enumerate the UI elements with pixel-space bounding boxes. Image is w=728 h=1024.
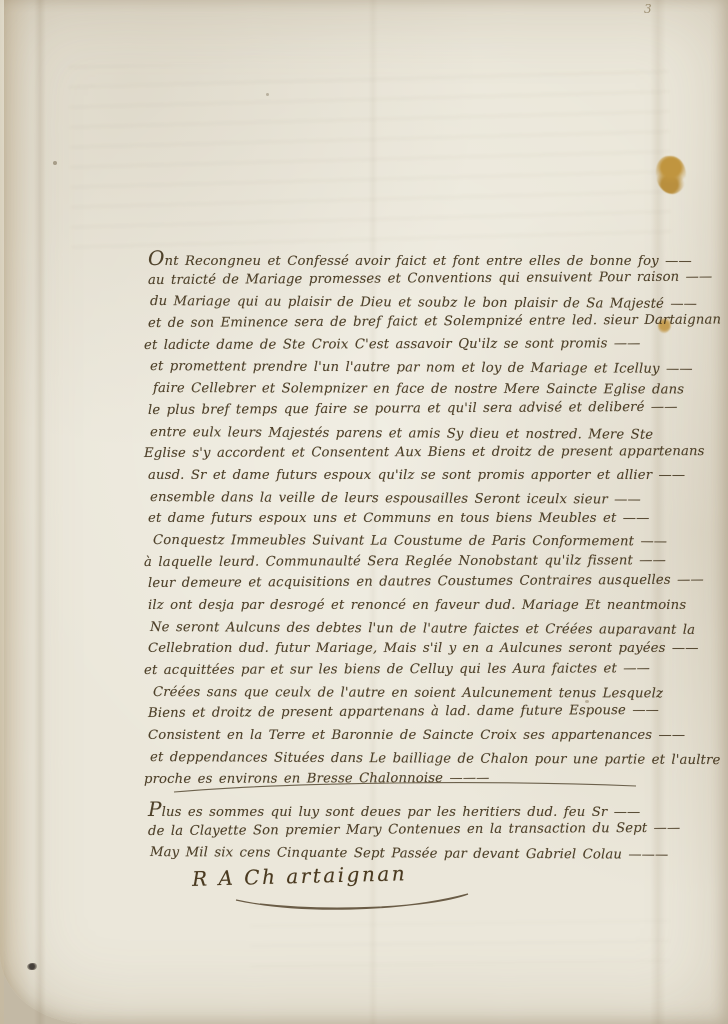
text-line: ilz ont desja par desrogé et renoncé en … bbox=[148, 595, 726, 617]
manuscript-page: 3 Ont Recongneu et Confessé avoir faict … bbox=[0, 0, 728, 1024]
text-line: ausd. Sr et dame futurs espoux qu'ilz se… bbox=[148, 465, 726, 487]
ink-stain bbox=[656, 156, 686, 194]
text-line: et dame futurs espoux uns et Communs en … bbox=[148, 508, 726, 530]
text-line: Ne seront Aulcuns des debtes l'un de l'a… bbox=[150, 617, 728, 642]
folio-number: 3 bbox=[644, 2, 664, 16]
text-line: et ladicte dame de Ste Croix C'est assav… bbox=[144, 333, 722, 357]
signature-flourish bbox=[230, 890, 480, 916]
text-line: Eglise s'y accordent et Consentent Aux B… bbox=[144, 441, 722, 465]
text-line: et acquittées par et sur les biens de Ce… bbox=[144, 658, 722, 682]
closing-paragraph: Plus es sommes qui luy sont deues par le… bbox=[148, 799, 726, 864]
verso-text-showthrough bbox=[250, 905, 670, 975]
text-line: ensemble dans la veille de leurs espousa… bbox=[150, 487, 728, 512]
text-line: May Mil six cens Cinquante Sept Passée p… bbox=[150, 842, 728, 867]
paper-speck bbox=[53, 161, 57, 165]
paper-left-edge bbox=[0, 0, 4, 1024]
signature-dartagnan: R A Ch artaignan bbox=[192, 861, 408, 891]
paper-speck bbox=[27, 963, 37, 970]
paper-crease bbox=[34, 0, 46, 1024]
text-line: de la Clayette Son premier Mary Contenue… bbox=[148, 817, 726, 842]
text-line: et de son Eminence sera de bref faict et… bbox=[148, 310, 726, 335]
paper-speck bbox=[266, 93, 269, 96]
text-line: Biens et droitz de present appartenans à… bbox=[148, 700, 726, 725]
text-line: le plus bref temps que faire se pourra e… bbox=[148, 396, 726, 421]
text-line: au traicté de Mariage promesses et Conve… bbox=[148, 266, 726, 291]
verso-text-showthrough bbox=[69, 58, 672, 256]
text-line: Cellebration dud. futur Mariage, Mais s'… bbox=[148, 638, 726, 660]
main-paragraph: Ont Recongneu et Confessé avoir faict et… bbox=[148, 248, 726, 790]
text-line: leur demeure et acquisitions en dautres … bbox=[148, 570, 726, 595]
text-line: proche es environs en Bresse Chalonnoise… bbox=[144, 766, 722, 790]
text-line: Consistent en la Terre et Baronnie de Sa… bbox=[148, 725, 726, 747]
